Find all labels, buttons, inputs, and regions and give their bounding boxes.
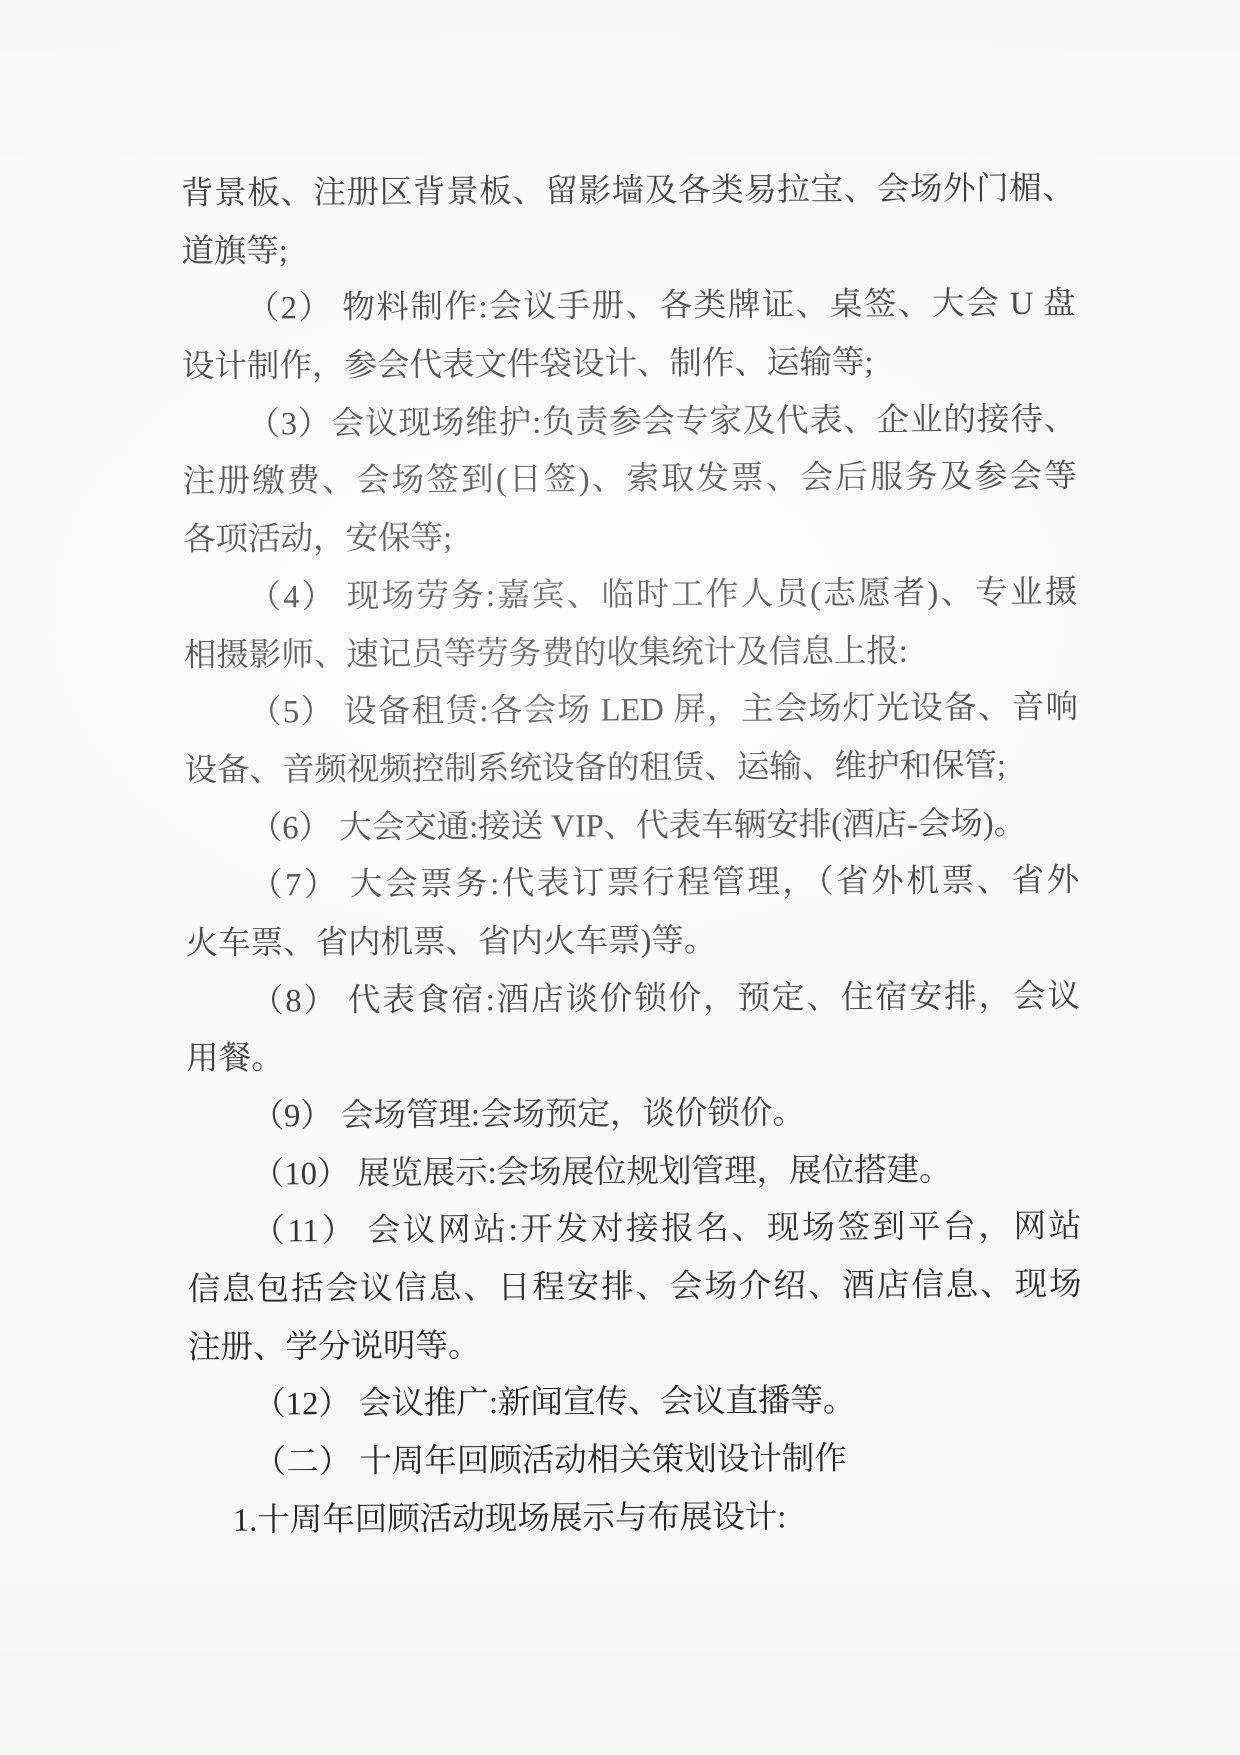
text-line: （5） 设备租赁:各会场 LED 屏，主会场灯光设备、音响 (184, 680, 1078, 743)
text-line: （4） 现场劳务:嘉宾、临时工作人员(志愿者)、专业摄 (183, 564, 1077, 627)
text-line: （12） 会议推广:新闻宣传、会议直播等。 (188, 1372, 1082, 1435)
text-line: （8） 代表食宿:酒店谈价锁价，预定、住宿安排，会议 (186, 968, 1080, 1031)
text-line: （3）会议现场维护:负责参会专家及代表、企业的接待、 (182, 391, 1076, 454)
text-line: 背景板、注册区背景板、留影墙及各类易拉宝、会场外门楣、 (181, 161, 1075, 224)
text-line: 用餐。 (186, 1026, 1080, 1089)
text-line: 1.十周年回顾活动现场展示与布展设计: (189, 1487, 1083, 1550)
text-line: （9） 会场管理:会场预定，谈价锁价。 (186, 1084, 1080, 1147)
text-line: 各项活动，安保等; (183, 507, 1077, 570)
text-line: 设计制作，参会代表文件袋设计、制作、运输等; (182, 334, 1076, 397)
text-line: （10） 展览展示:会场展位规划管理，展位搭建。 (187, 1141, 1081, 1204)
text-line: 道旗等; (181, 218, 1075, 281)
text-line: （二） 十周年回顾活动相关策划设计制作 (189, 1430, 1083, 1493)
text-line: 火车票、省内机票、省内火车票)等。 (185, 910, 1079, 973)
text-line: （6） 大会交通:接送 VIP、代表车辆安排(酒店-会场)。 (185, 795, 1079, 858)
text-line: （7） 大会票务:代表订票行程管理，（省外机票、省外 (185, 853, 1079, 916)
text-line: 注册缴费、会场签到(日签)、索取发票、会后服务及参会等 (183, 449, 1077, 512)
text-line: 设备、音频视频控制系统设备的租赁、运输、维护和保管; (184, 737, 1078, 800)
text-line: 信息包括会议信息、日程安排、会场介绍、酒店信息、现场 (187, 1257, 1081, 1320)
text-line: 相摄影师、速记员等劳务费的收集统计及信息上报: (184, 622, 1078, 685)
text-line: （2） 物料制作:会议手册、各类牌证、桌签、大会 U 盘 (181, 276, 1075, 339)
text-line: 注册、学分说明等。 (188, 1314, 1082, 1377)
text-line: （11） 会议网站:开发对接报名、现场签到平台，网站 (187, 1199, 1081, 1262)
document-body: 背景板、注册区背景板、留影墙及各类易拉宝、会场外门楣、道旗等;（2） 物料制作:… (181, 161, 1083, 1551)
document-page: 背景板、注册区背景板、留影墙及各类易拉宝、会场外门楣、道旗等;（2） 物料制作:… (0, 0, 1240, 1755)
